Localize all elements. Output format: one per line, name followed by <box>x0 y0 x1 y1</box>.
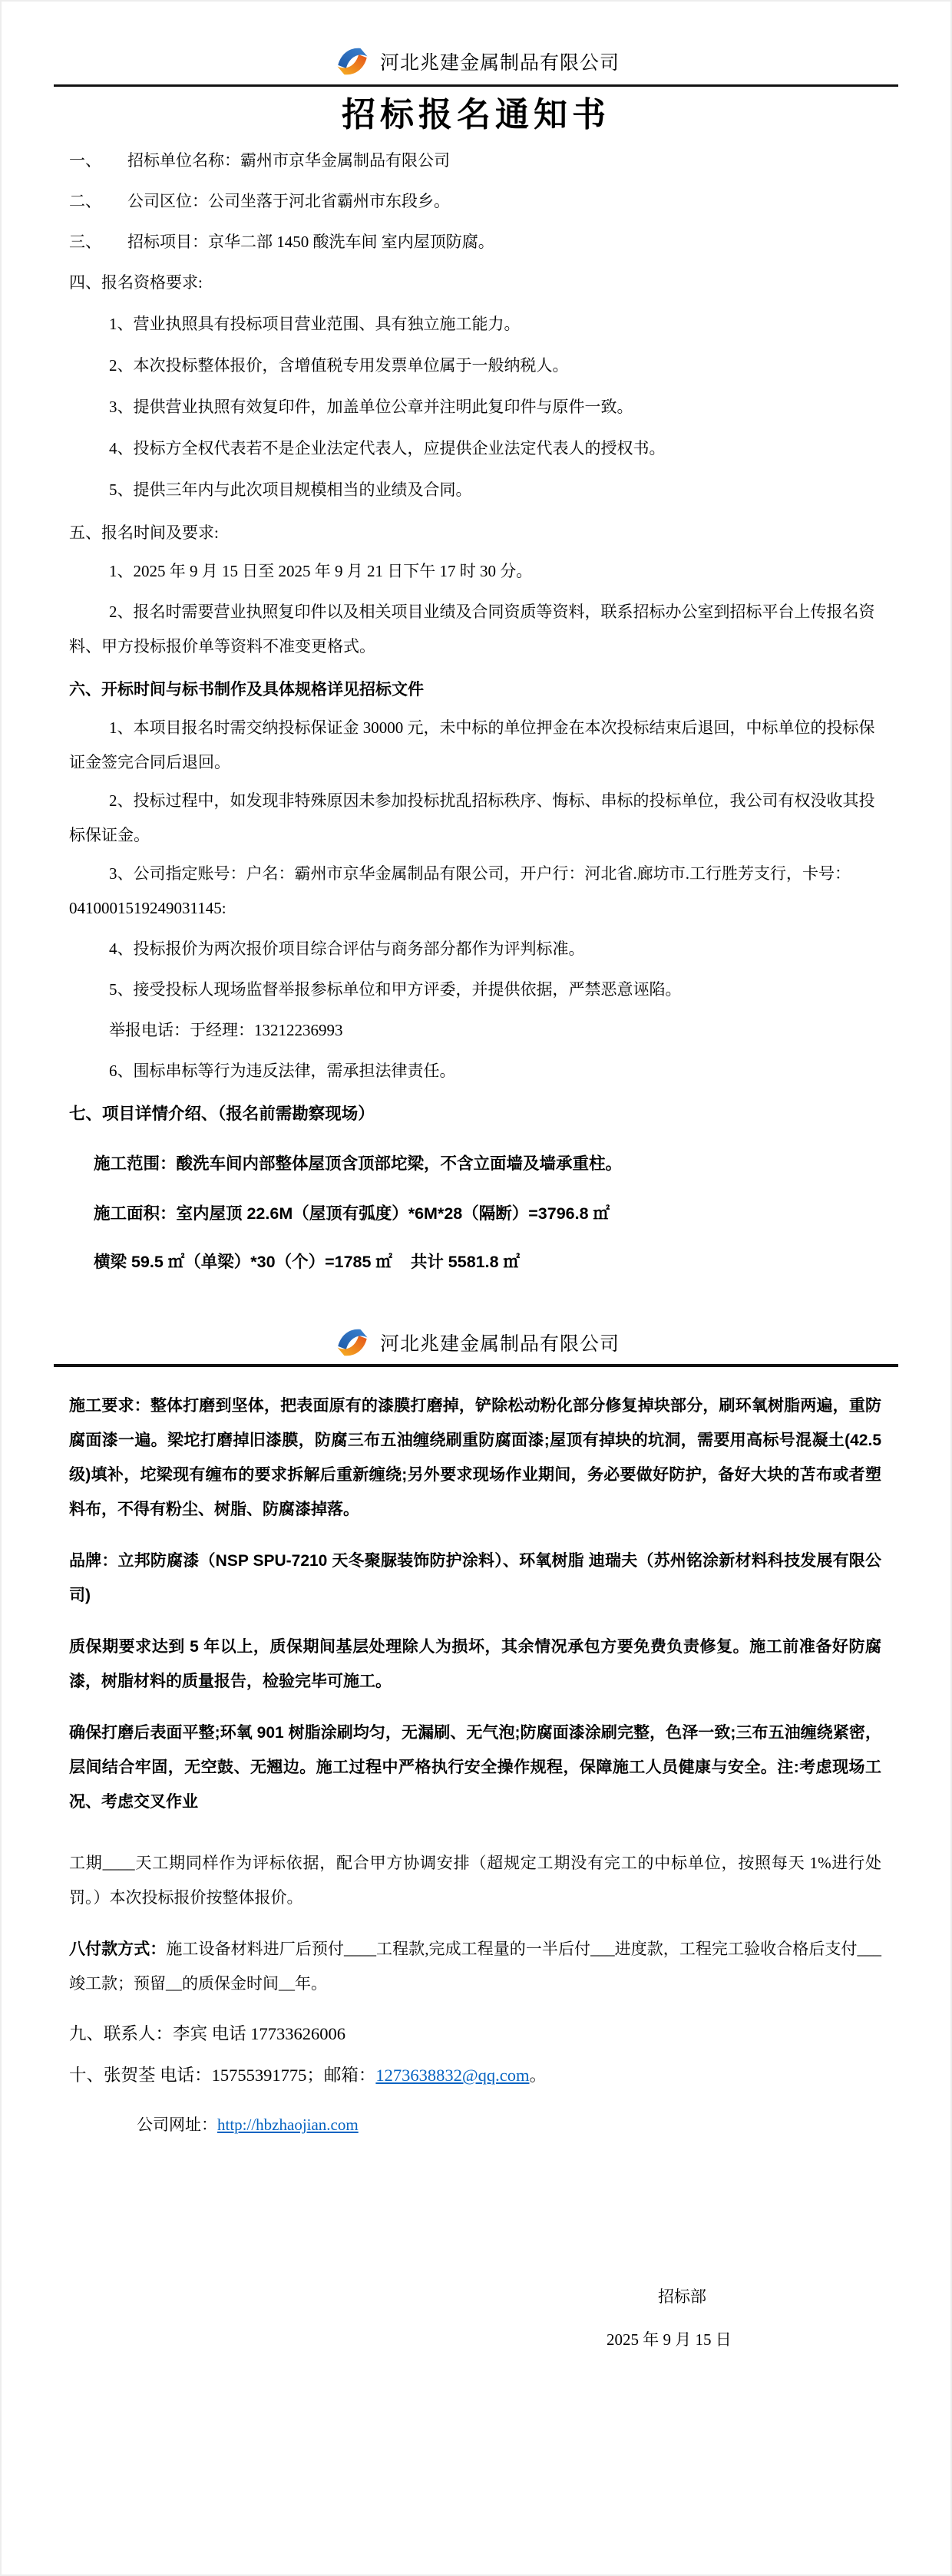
website-url-link[interactable]: http://hbzhaojian.com <box>217 2115 359 2134</box>
section4-item-3: 3、提供营业执照有效复印件，加盖单位公章并注明此复印件与原件一致。 <box>69 390 881 424</box>
page2-header-divider <box>54 1364 898 1367</box>
payment-label: 八付款方式： <box>69 1940 166 1958</box>
construction-scope-line: 施工范围：酸洗车间内部整体屋顶含顶部坨梁，不含立面墙及墙承重柱。 <box>94 1147 881 1181</box>
section6-item-3: 3、公司指定账号：户名：霸州市京华金属制品有限公司，开户行：河北省.廊坊市.工行… <box>69 857 881 926</box>
warranty-paragraph: 质保期要求达到 5 年以上，质保期间基层处理除人为损坏，其余情况承包方要免费负责… <box>69 1630 881 1699</box>
payment-paragraph: 八付款方式：施工设备材料进厂后预付____工程款,完成工程量的一半后付___进度… <box>69 1932 881 2001</box>
tender-org-line: 一、招标单位名称：霸州市京华金属制品有限公司 <box>69 144 881 178</box>
section4-item-2: 2、本次投标整体报价，含增值税专用发票单位属于一般纳税人。 <box>69 348 881 383</box>
website-label: 公司网址： <box>137 2115 217 2134</box>
item-number: 二、 <box>69 184 104 219</box>
section6-item-6: 6、围标串标等行为违反法律，需承担法律责任。 <box>69 1054 881 1088</box>
section4-heading: 四、报名资格要求: <box>69 266 881 300</box>
section5-item-1: 1、2025 年 9 月 15 日至 2025 年 9 月 21 日下午 17 … <box>69 554 881 589</box>
item-number: 一、 <box>69 144 104 178</box>
section4-item-1: 1、营业执照具有投标项目营业范围、具有独立施工能力。 <box>69 307 881 342</box>
tender-org-text: 招标单位名称：霸州市京华金属制品有限公司 <box>127 151 450 170</box>
company-location-line: 二、公司区位：公司坐落于河北省霸州市东段乡。 <box>69 184 881 219</box>
document-title: 招标报名通知书 <box>2 93 950 137</box>
payment-text: 施工设备材料进厂后预付____工程款,完成工程量的一半后付___进度款，工程完工… <box>69 1940 881 1993</box>
signature-department: 招标部 <box>2 2280 952 2314</box>
quality-standard-paragraph: 确保打磨后表面平整;环氧 901 树脂涂刷均匀，无漏刷、无气泡;防腐面漆涂刷完整… <box>69 1716 881 1819</box>
company-location-text: 公司区位：公司坐落于河北省霸州市东段乡。 <box>127 192 450 210</box>
report-phone-line: 举报电话：于经理：13212236993 <box>69 1013 881 1048</box>
section5-heading: 五、报名时间及要求: <box>69 516 881 550</box>
company-name: 河北兆建金属制品有限公司 <box>380 1329 620 1356</box>
section4-item-4: 4、投标方全权代表若不是企业法定代表人，应提供企业法定代表人的授权书。 <box>69 431 881 466</box>
document-page: 河北兆建金属制品有限公司 招标报名通知书 一、招标单位名称：霸州市京华金属制品有… <box>0 0 952 2576</box>
section7-heading: 七、项目详情介绍、（报名前需勘察现场） <box>69 1097 881 1131</box>
contact2-line: 十、张贺荃 电话：15755391775；邮箱：1273638832@qq.co… <box>69 2058 881 2092</box>
company-name: 河北兆建金属制品有限公司 <box>380 48 620 75</box>
beam-area-line: 横梁 59.5 ㎡（单梁）*30（个）=1785 ㎡ 共计 5581.8 ㎡ <box>94 1245 881 1280</box>
contact1-line: 九、联系人：李宾 电话 17733626006 <box>69 2016 881 2051</box>
contact2-text: 十、张贺荃 电话：15755391775；邮箱： <box>69 2066 375 2085</box>
page2-header: 河北兆建金属制品有限公司 <box>2 1280 950 1362</box>
company-logo-icon <box>332 41 372 81</box>
construction-requirements-paragraph: 施工要求：整体打磨到坚体，把表面原有的漆膜打磨掉，铲除松动粉化部分修复掉块部分，… <box>69 1389 881 1527</box>
section4-item-5: 5、提供三年内与此次项目规模相当的业绩及合同。 <box>69 473 881 507</box>
section6-item-5: 5、接受投标人现场监督举报参标单位和甲方评委，并提供依据，严禁恶意诬陷。 <box>69 973 881 1007</box>
brand-paragraph: 品牌：立邦防腐漆（NSP SPU-7210 天冬聚脲装饰防护涂料）、环氧树脂 迪… <box>69 1544 881 1613</box>
section6-item-4: 4、投标报价为两次报价项目综合评估与商务部分都作为评判标准。 <box>69 932 881 966</box>
page1-header: 河北兆建金属制品有限公司 <box>2 2 950 81</box>
tender-project-line: 三、招标项目：京华二部 1450 酸洗车间 室内屋顶防腐。 <box>69 225 881 259</box>
header-divider <box>54 84 898 87</box>
website-line: 公司网址：http://hbzhaojian.com <box>137 2108 881 2142</box>
item-number: 三、 <box>69 225 104 259</box>
signature-date: 2025 年 9 月 15 日 <box>2 2323 952 2357</box>
duration-paragraph: 工期____天工期同样作为评标依据，配合甲方协调安排（超规定工期没有完工的中标单… <box>69 1846 881 1915</box>
section6-item-1: 1、本项目报名时需交纳投标保证金 30000 元，未中标的单位押金在本次投标结束… <box>69 711 881 780</box>
tender-project-text: 招标项目：京华二部 1450 酸洗车间 室内屋顶防腐。 <box>127 233 494 251</box>
construction-area-line: 施工面积：室内屋顶 22.6M（屋顶有弧度）*6M*28（隔断）=3796.8 … <box>94 1197 881 1231</box>
section6-heading: 六、开标时间与标书制作及具体规格详见招标文件 <box>69 672 881 707</box>
company-logo-icon <box>332 1323 372 1362</box>
section6-item-2: 2、投标过程中，如发现非特殊原因未参加投标扰乱招标秩序、悔标、串标的投标单位，我… <box>69 784 881 853</box>
signature-block: 招标部 2025 年 9 月 15 日 <box>2 2280 952 2357</box>
contact2-email-link[interactable]: 1273638832@qq.com <box>375 2066 529 2085</box>
section5-item-2: 2、报名时需要营业执照复印件以及相关项目业绩及合同资质等资料，联系招标办公室到招… <box>69 595 881 664</box>
top-item-list: 一、招标单位名称：霸州市京华金属制品有限公司 二、公司区位：公司坐落于河北省霸州… <box>69 144 881 259</box>
